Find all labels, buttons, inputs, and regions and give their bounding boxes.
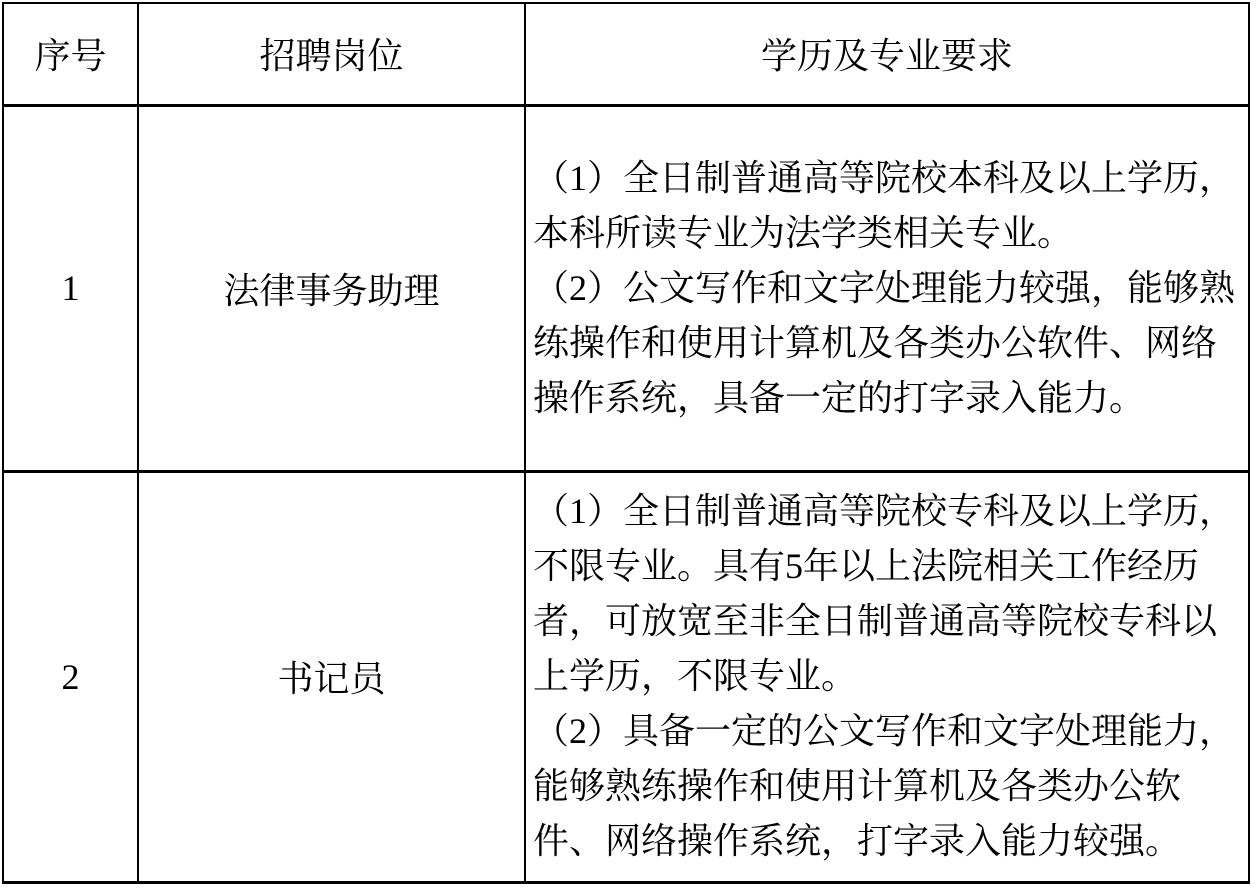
table-header-row: 序号 招聘岗位 学历及专业要求 (3, 3, 1249, 105)
requirements-cell: （1）全日制普通高等院校本科及以上学历，本科所读专业为法学类相关专业。 （2）公… (525, 105, 1249, 471)
table-row: 2 书记员 （1）全日制普通高等院校专科及以上学历，不限专业。具有5年以上法院相… (3, 471, 1249, 882)
header-position: 招聘岗位 (138, 3, 525, 105)
page-container: 序号 招聘岗位 学历及专业要求 1 法律事务助理 （1）全日制普通高等院校本科及… (0, 0, 1257, 884)
row-number-cell: 1 (3, 105, 138, 471)
header-serial-number: 序号 (3, 3, 138, 105)
row-number-cell: 2 (3, 471, 138, 882)
position-cell: 法律事务助理 (138, 105, 525, 471)
table-row: 1 法律事务助理 （1）全日制普通高等院校本科及以上学历，本科所读专业为法学类相… (3, 105, 1249, 471)
position-cell: 书记员 (138, 471, 525, 882)
requirements-cell: （1）全日制普通高等院校专科及以上学历，不限专业。具有5年以上法院相关工作经历者… (525, 471, 1249, 882)
recruitment-table: 序号 招聘岗位 学历及专业要求 1 法律事务助理 （1）全日制普通高等院校本科及… (2, 2, 1250, 884)
header-requirements: 学历及专业要求 (525, 3, 1249, 105)
